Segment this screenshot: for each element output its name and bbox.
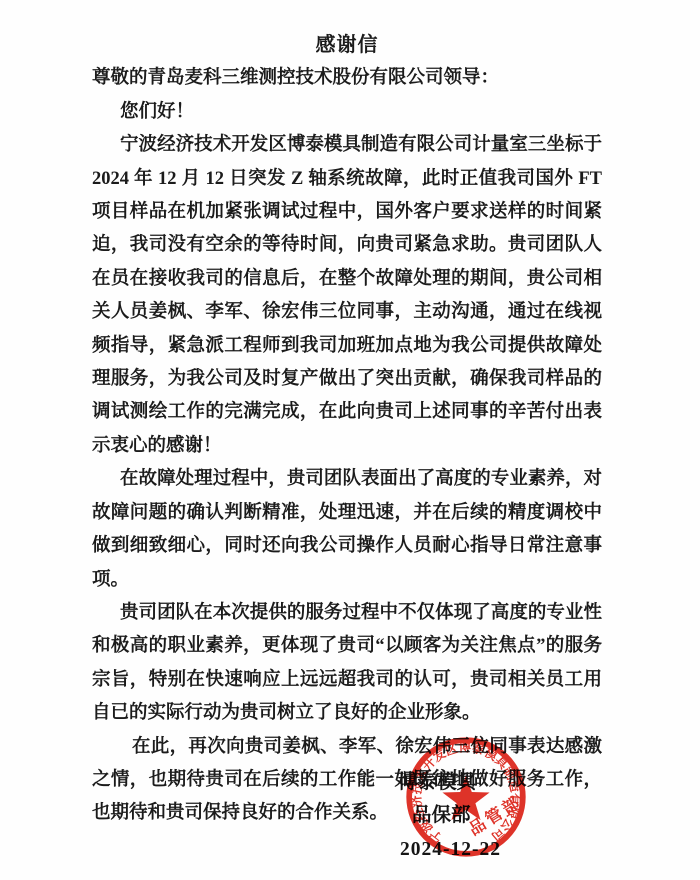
letter-page: 感谢信 尊敬的青岛麦科三维测控技术股份有限公司领导： 您们好！ 宁波经济技术开发… (0, 0, 700, 880)
paragraph-3: 贵司团队在本次提供的服务过程中不仅体现了高度的专业性和极高的职业素养，更体现了贵… (92, 597, 602, 731)
paragraph-2: 在故障处理过程中，贵司团队表面出了高度的专业素养，对故障问题的确认判断精准，处理… (92, 463, 602, 597)
letter-body: 感谢信 尊敬的青岛麦科三维测控技术股份有限公司领导： 您们好！ 宁波经济技术开发… (92, 29, 602, 831)
company-seal-stamp: 宁波经济技术开发区博泰模具制造有限公司 品管部 (404, 735, 528, 859)
letter-title: 感谢信 (92, 29, 602, 62)
greeting: 您们好！ (92, 96, 602, 129)
salutation: 尊敬的青岛麦科三维测控技术股份有限公司领导： (92, 62, 602, 95)
paragraph-1: 宁波经济技术开发区博泰模具制造有限公司计量室三坐标于 2024 年 12 月 1… (92, 129, 602, 463)
